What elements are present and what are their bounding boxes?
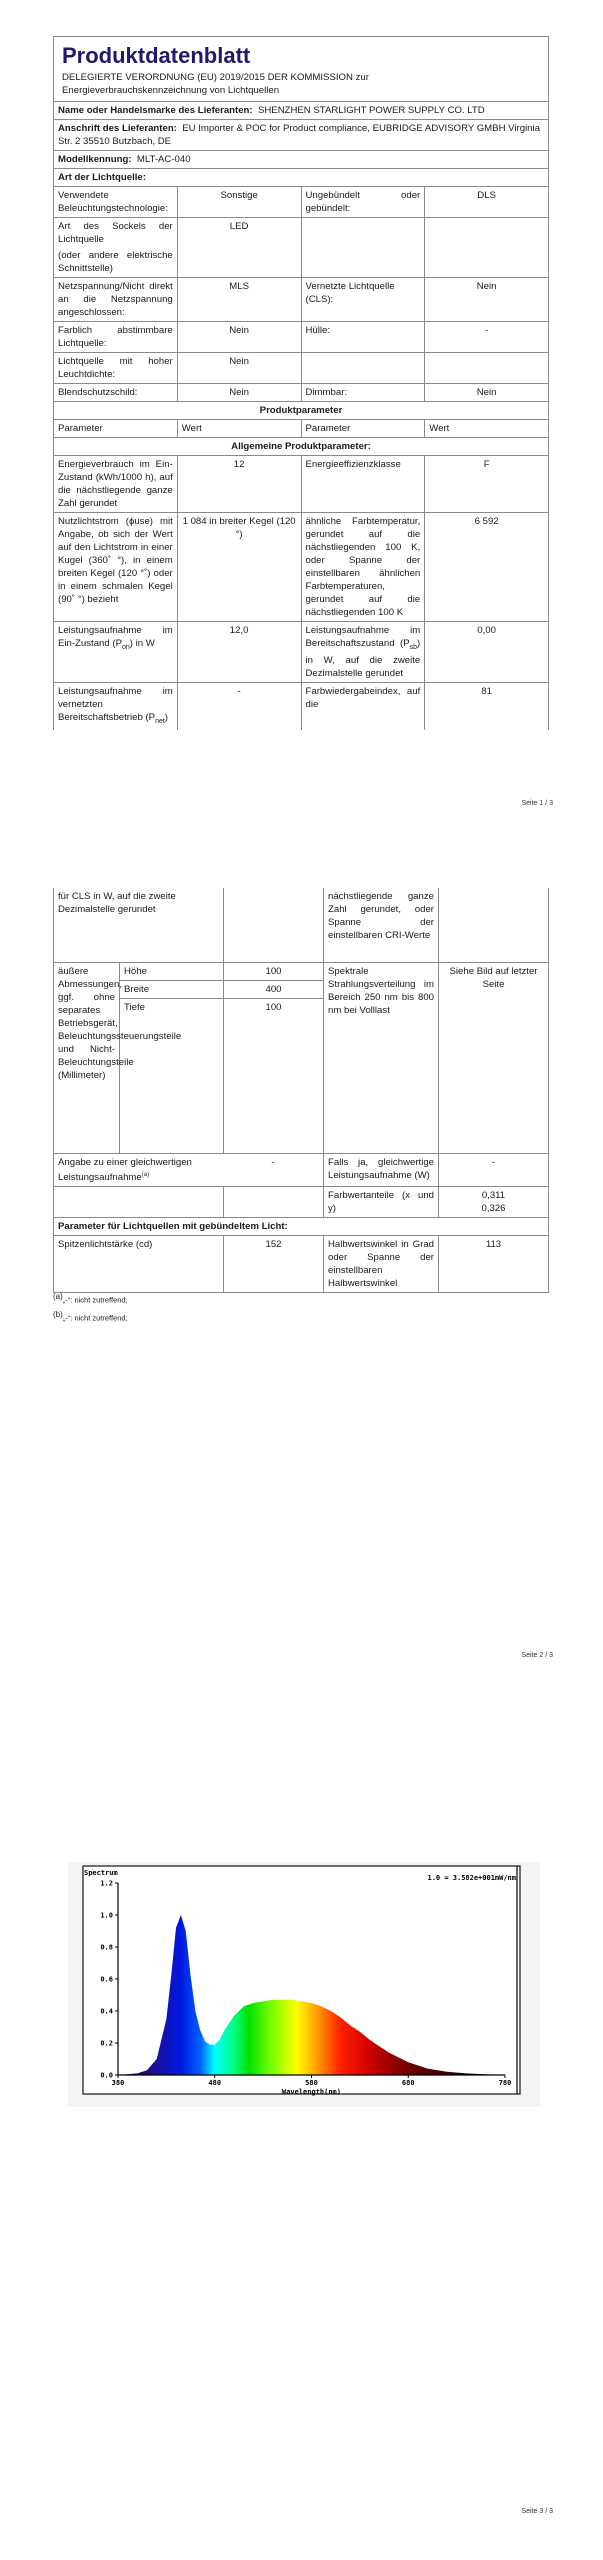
table-row: Nutzlichtstrom (ϕuse) mit Angabe, ob sic… [54,513,549,622]
svg-text:1.0: 1.0 [100,1912,113,1920]
svg-text:0.4: 0.4 [100,2008,113,2016]
table-row: Farbwertanteile (x und y) 0,3110,326 [54,1187,549,1218]
dim-width-value: 400 [224,981,323,999]
dim-depth-value: 100 [224,999,323,1016]
svg-text:Wavelength(nm): Wavelength(nm) [282,2088,341,2096]
footnote: (a)„-“: nicht zutreffend; [53,1290,128,1308]
page-title: Produktdatenblatt [58,39,544,71]
dim-width-label: Breite [120,981,223,999]
table-row: Leistungsaufnahme im vernetzten Bereitsc… [54,682,549,729]
product-params-table-continued: für CLS in W, auf die zweite Dezimalstel… [53,888,549,1293]
product-params-heading: Produktparameter [54,402,549,420]
table-row: für CLS in W, auf die zweite Dezimalstel… [54,888,549,963]
table-row: Spitzenlichtstärke (cd) 152 Halbwertswin… [54,1236,549,1293]
spectrum-chart: 0.00.20.40.60.81.01.2380480580680780Wave… [68,1862,540,2107]
svg-text:0.6: 0.6 [100,1976,113,1984]
dimensions-row: äußere Abmessungen, ggf. ohne separates … [54,963,549,1154]
svg-text:Spectrum: Spectrum [84,1869,118,1877]
page-number: Seite 2 / 3 [521,1652,553,1659]
general-params-heading: Allgemeine Produktparameter: [54,438,549,456]
svg-text:480: 480 [208,2079,221,2087]
page-number: Seite 3 / 3 [521,2508,553,2515]
product-info-table: Produktdatenblatt DELEGIERTE VERORDNUNG … [53,36,549,730]
svg-text:780: 780 [499,2079,512,2087]
regulation-text: DELEGIERTE VERORDNUNG (EU) 2019/2015 DER… [58,71,544,97]
svg-text:680: 680 [402,2079,415,2087]
dim-height-label: Höhe [120,963,223,981]
svg-text:1.2: 1.2 [100,1880,113,1888]
svg-text:1.0 = 3.582e+001mW/nm: 1.0 = 3.582e+001mW/nm [427,1874,516,1882]
svg-text:0.8: 0.8 [100,1944,113,1952]
light-source-type-heading: Art der Lichtquelle: [54,169,549,187]
footnotes: (a)„-“: nicht zutreffend; (b)„-“: nicht … [53,1290,128,1325]
column-header-row: Parameter Wert Parameter Wert [54,420,549,438]
svg-text:0.2: 0.2 [100,2040,113,2048]
dim-height-value: 100 [224,963,323,981]
table-row: Energieverbrauch im Ein-Zustand (kWh/100… [54,456,549,513]
table-row: Farblich abstimmbare Lichtquelle: Nein H… [54,322,549,353]
supplier-address-row: Anschrift des Lieferanten: EU Importer &… [54,120,549,151]
supplier-name-row: Name oder Handelsmarke des Lieferanten: … [54,102,549,120]
spectrum-plot: 0.00.20.40.60.81.01.2380480580680780Wave… [68,1862,540,2107]
dim-depth-label: Tiefe [120,999,223,1016]
svg-text:380: 380 [112,2079,125,2087]
page-number: Seite 1 / 3 [521,800,553,807]
table-row: Leistungsaufnahme im Ein-Zustand (Pon) i… [54,622,549,683]
table-row: Angabe zu einer gleichwertigen Leistungs… [54,1154,549,1187]
svg-text:580: 580 [305,2079,318,2087]
model-row: Modellkennung: MLT-AC-040 [54,151,549,169]
table-row: Blendschutzschild: Nein Dimmbar: Nein [54,384,549,402]
table-row: Netzspannung/Nicht direkt an die Netzspa… [54,278,549,322]
table-row: Verwendete Beleuchtungstechnologie: Sons… [54,187,549,218]
table-row: Lichtquelle mit hoher Leuchtdichte: Nein [54,353,549,384]
footnote: (b)„-“: nicht zutreffend; [53,1308,128,1326]
directional-params-heading: Parameter für Lichtquellen mit gebündelt… [54,1218,549,1236]
table-row: Art des Sockels der Lichtquelle(oder and… [54,218,549,278]
